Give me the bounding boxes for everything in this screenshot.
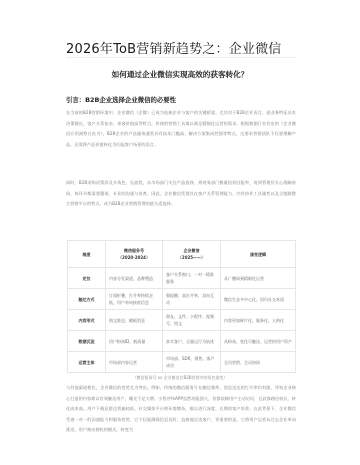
- table-row: 数据沉淀 用户粉丝ID，低质量 真实客户，全量运行为轨迹 从粉丝、变化可触达、运…: [68, 331, 296, 352]
- table-cell: 内容更加碎片化、服务化、人格化: [221, 310, 296, 331]
- document-page: 2026年ToB营销新趋势之：企业微信 如何通过企业微信实现高效的获客转化？ 引…: [0, 0, 360, 465]
- table-cell: 用户粉丝ID，低质量: [106, 331, 163, 352]
- table-cell: 真实客户，全量运行为轨迹: [163, 331, 221, 352]
- header-cell: 微信服务号 （2020-2024）: [106, 241, 163, 268]
- table-row: 定位 内容分发渠道，品牌塑造 客户关系窗口，一对一精准服务 从广撒网到精细化运营: [68, 268, 296, 289]
- article-subtitle: 如何通过企业微信实现高效的获客转化？: [0, 69, 360, 80]
- table-cell: 客户关系窗口，一对一精准服务: [163, 268, 221, 289]
- table-cell: 图文推送，模板消息: [106, 310, 163, 331]
- table-row: 触达方式 订阅折叠，打开率持续走低，用户单向接收信息 强提醒，高打开率，双向互动…: [68, 289, 296, 310]
- paragraph-intro: 在当前的B2B营销环境中，企业微信（企微）已成为连接企业与客户的关键桥梁。尤其对…: [66, 108, 296, 150]
- table-caption: （微信服务号 vs 企业微信在B2B营销中的角色演变）: [0, 375, 360, 381]
- table-cell: 从广撒网到精细化运营: [221, 268, 296, 289]
- table-cell: 微信生态多中心化，回归社交本质: [221, 289, 296, 310]
- row-label: 内容形式: [68, 310, 106, 331]
- section-heading: 引言：B2B企业选择企业微信的必要性: [66, 95, 176, 104]
- row-label: 运营主体: [68, 352, 106, 373]
- table-cell: 从粉丝、变化可触达、运营的用户资产: [221, 331, 296, 352]
- article-title: 2026年ToB营销新趋势之：企业微信: [66, 38, 282, 57]
- row-label: 触达方式: [68, 289, 106, 310]
- table-cell: 市场部、SDR、销售、客户成功: [163, 352, 221, 373]
- title-divider: [66, 57, 296, 58]
- table-cell: 内容分发渠道，品牌塑造: [106, 268, 163, 289]
- table-cell: 市场部内容运营: [106, 352, 163, 373]
- paragraph-comparison: 与其他渠道相比，企业微信的优势尤为突出。例如，传统的微信服务号在触达频率、消息送…: [66, 383, 296, 436]
- table-row: 运营主体 市场部内容运营 市场部、SDR、销售、客户成功 全员营销，全员协同: [68, 352, 296, 373]
- header-cell: 演变逻辑: [221, 241, 296, 268]
- paragraph-decision: 同时，B2B采购决策涉及多角色、长流程，从市场部门关注产品选择，到财务部门衡量投…: [66, 178, 296, 210]
- table-cell: 强提醒，高打开率，双向互动: [163, 289, 221, 310]
- comparison-table: 维度 微信服务号 （2020-2024） 企业微信 （2025——） 演变逻辑 …: [67, 240, 296, 373]
- table-header-row: 维度 微信服务号 （2020-2024） 企业微信 （2025——） 演变逻辑: [68, 241, 296, 268]
- table-cell: 订阅折叠，打开率持续走低，用户单向接收信息: [106, 289, 163, 310]
- header-cell: 企业微信 （2025——）: [163, 241, 221, 268]
- table-cell: 全员营销，全员协同: [221, 352, 296, 373]
- table-cell: 朋友、文件、小程序、视频号、图文: [163, 310, 221, 331]
- row-label: 数据沉淀: [68, 331, 106, 352]
- header-cell: 维度: [68, 241, 106, 268]
- table-row: 内容形式 图文推送，模板消息 朋友、文件、小程序、视频号、图文 内容更加碎片化、…: [68, 310, 296, 331]
- row-label: 定位: [68, 268, 106, 289]
